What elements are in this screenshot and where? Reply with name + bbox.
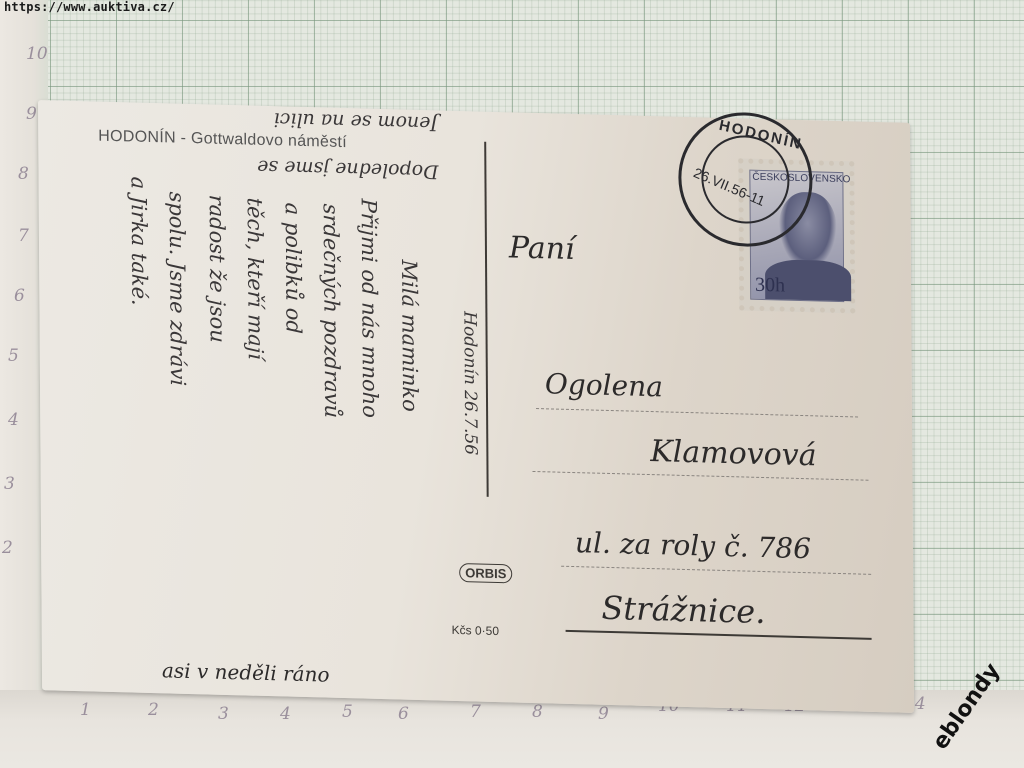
- address-name: Ogolena: [545, 367, 663, 403]
- printed-caption: HODONÍN - Gottwaldovo náměstí: [98, 128, 347, 153]
- message-line-reversed: Dopoledne jsme se: [257, 156, 438, 183]
- message-line: radost že jsou: [205, 194, 230, 343]
- ruler-number: 6: [14, 286, 25, 306]
- message-line-reversed: Jenom se na ulici: [274, 108, 438, 134]
- source-url: https://www.auktiva.cz/: [4, 0, 175, 14]
- address-line: [566, 630, 872, 640]
- address-surname: Klamovová: [650, 434, 816, 473]
- ruler-number: 2: [148, 700, 159, 720]
- publisher-logo: ORBIS: [459, 563, 512, 583]
- ruler-number: 10: [26, 44, 48, 64]
- ruler-number: 7: [18, 226, 29, 246]
- ruler-number: 6: [398, 704, 409, 724]
- address-line: [532, 471, 868, 481]
- address-street: ul. za roly č. 786: [575, 526, 811, 565]
- message-line: Milá maminko: [397, 259, 422, 412]
- address-city: Strážnice.: [601, 589, 765, 631]
- ruler-number: 8: [18, 164, 29, 184]
- ruler-number: 4: [280, 704, 291, 724]
- message-footer: asi v neděli ráno: [162, 658, 330, 686]
- message-line: a polibků od: [281, 202, 306, 334]
- divider-line: [484, 142, 488, 497]
- address-line: [536, 408, 858, 417]
- ruler-number: 9: [26, 104, 37, 124]
- ruler-number: 2: [2, 538, 13, 558]
- ruler-number: 9: [598, 704, 609, 724]
- ruler-number: 8: [532, 702, 543, 722]
- message-line: těch, kteří mají: [243, 197, 268, 360]
- message-line: srdečných pozdravů: [319, 203, 344, 418]
- ruler-number: 5: [342, 702, 353, 722]
- price-label: Kčs 0·50: [452, 623, 499, 638]
- ruler-number: 4: [8, 410, 19, 430]
- stamp-value: 30h: [755, 274, 785, 298]
- postmark: HODONÍN 26.VII.56-11: [678, 111, 813, 249]
- ruler-number: 3: [218, 704, 229, 724]
- ruler-number: 5: [8, 346, 19, 366]
- address-salutation: Paní: [509, 230, 575, 267]
- message-line: spolu. Jsme zdrávi: [165, 191, 190, 386]
- address-line: [561, 566, 871, 575]
- message-line: Přijmi od nás mnoho: [357, 198, 383, 418]
- sender-note: Hodonín 26.7.56: [459, 311, 480, 455]
- postcard: HODONÍN - Gottwaldovo náměstí Jenom se n…: [38, 100, 914, 713]
- ruler-number: 1: [80, 700, 91, 720]
- message-line: a Jirka také.: [127, 176, 152, 306]
- ruler-number: 3: [4, 474, 15, 494]
- ruler-number: 7: [470, 702, 481, 722]
